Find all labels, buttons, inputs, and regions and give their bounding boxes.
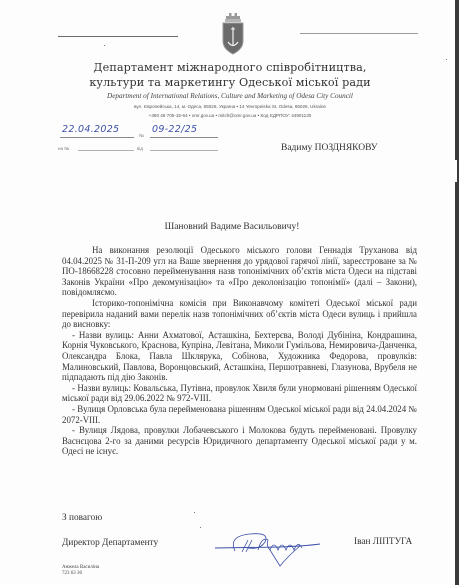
handwritten-signature-icon — [210, 526, 325, 576]
registration-number: 09-22/25 — [152, 124, 197, 135]
list-item: - Вулиця Лядова, провулки Лобачевського … — [62, 425, 417, 457]
odesa-coat-of-arms-icon — [222, 13, 244, 55]
letter-body: На виконання резолюції Одеського міськог… — [62, 245, 417, 457]
body-paragraph: Історико-топонімічна комісія при Виконав… — [62, 298, 417, 330]
scan-speck — [446, 59, 447, 60]
signer-name: Іван ЛІПТУГА — [354, 537, 412, 547]
scan-speck — [194, 512, 195, 513]
addressee: Вадиму ПОЗДНЯКОВУ — [281, 143, 377, 153]
salutation: Шановний Вадиме Васильовичу! — [0, 222, 460, 232]
scan-speck — [200, 527, 201, 528]
closing: З повагою — [62, 513, 102, 523]
department-title-line1: Департамент міжнародного співробітництва… — [0, 61, 460, 74]
from-label: від — [137, 146, 143, 151]
department-title-english: Department of International Relations, C… — [0, 92, 460, 100]
in-reply-underline — [78, 150, 134, 151]
department-contacts: +380 48 705-15-64 • omr.gov.ua • mitch@o… — [0, 113, 460, 118]
letterhead-rule-left — [58, 36, 178, 37]
from-underline — [150, 150, 218, 151]
executor-phone: 723 63 36 — [62, 571, 99, 577]
scan-speck — [104, 45, 105, 46]
date-underline — [60, 137, 134, 138]
body-paragraph: На виконання резолюції Одеського міськог… — [62, 245, 417, 298]
scan-edge-notch — [453, 160, 457, 182]
department-title-line2: культури та маркетингу Одеської міської … — [0, 76, 460, 89]
executor-info: Анжела Василіна 723 63 36 — [62, 565, 99, 577]
number-label: № — [139, 133, 144, 138]
department-address: вул. Європейська, 14, м. Одеса, 65026, У… — [0, 104, 460, 109]
registration-date: 22.04.2025 — [62, 124, 119, 135]
letter-page: Департамент міжнародного співробітництва… — [0, 0, 460, 585]
signer-position: Директор Департаменту — [62, 538, 158, 548]
number-underline — [150, 137, 218, 138]
letterhead-rule-right — [300, 33, 418, 34]
list-item: - Назви вулиць: Анни Ахматової, Асташкін… — [62, 330, 417, 383]
list-item: - Назви вулиць: Ковальська, Путівна, про… — [62, 383, 417, 404]
list-item: - Вулиця Орловська була перейменована рі… — [62, 404, 417, 425]
in-reply-label: на № — [58, 146, 69, 151]
